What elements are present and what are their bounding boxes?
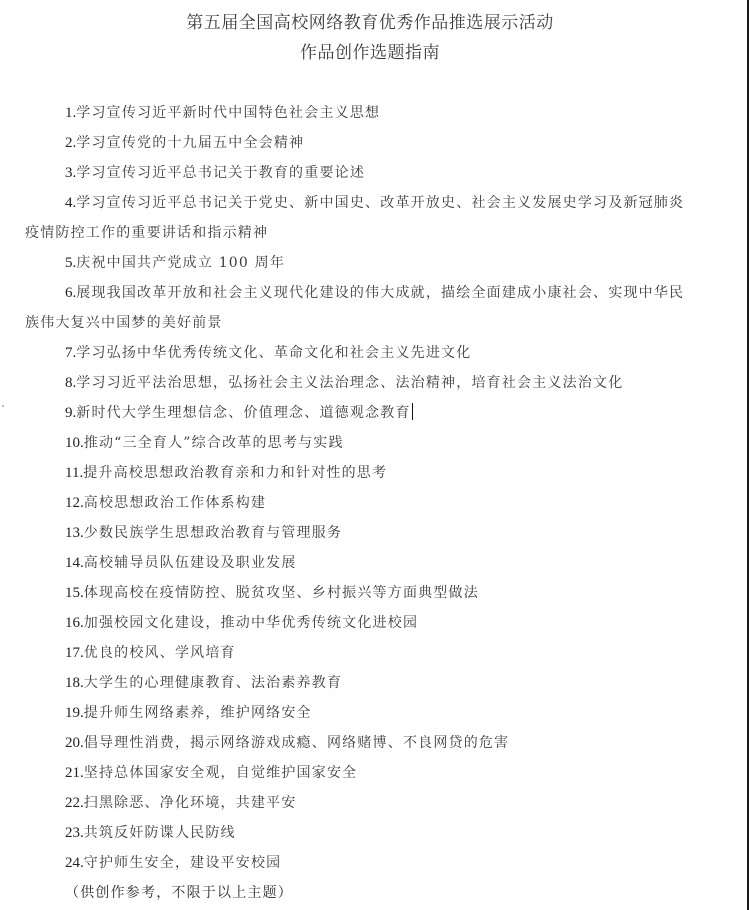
list-item: 1.学习宣传习近平新时代中国特色社会主义思想 — [0, 98, 740, 128]
item-number: 21. — [65, 765, 84, 781]
item-text: 学习弘扬中华优秀传统文化、革命文化和社会主义先进文化 — [76, 345, 471, 361]
list-item: 17.优良的校风、学风培育 — [0, 638, 740, 668]
list-item: 16.加强校园文化建设，推动中华优秀传统文化进校园 — [0, 608, 740, 638]
item-text: 庆祝中国共产党成立 100 周年 — [76, 255, 285, 271]
item-text: 高校辅导员队伍建设及职业发展 — [84, 555, 297, 571]
item-number: 8. — [65, 375, 76, 391]
item-text: 坚持总体国家安全观，自觉维护国家安全 — [84, 765, 358, 781]
item-text: 守护师生安全，建设平安校园 — [84, 855, 282, 871]
item-number: 9. — [65, 405, 76, 421]
list-item: 13.少数民族学生思想政治教育与管理服务 — [0, 518, 740, 548]
item-number: 12. — [65, 495, 84, 511]
item-text: 学习宣传习近平总书记关于教育的重要论述 — [76, 165, 365, 181]
list-item: 22.扫黑除恶、净化环境，共建平安 — [0, 788, 740, 818]
list-item: 19.提升师生网络素养，维护网络安全 — [0, 698, 740, 728]
item-number: 13. — [65, 525, 84, 541]
item-text: 提升高校思想政治教育亲和力和针对性的思考 — [83, 465, 387, 481]
item-number: 3. — [65, 165, 76, 181]
list-item: 23.共筑反奸防谍人民防线 — [0, 818, 740, 848]
item-number: 4. — [65, 195, 76, 211]
item-number: 6. — [65, 285, 76, 301]
item-text: 倡导理性消费，揭示网络游戏成瘾、网络赌博、不良网贷的危害 — [84, 735, 510, 751]
item-text: 大学生的心理健康教育、法治素养教育 — [84, 675, 342, 691]
item-text-continuation: 疫情防控工作的重要讲话和指示精神 — [25, 218, 720, 248]
list-item: 20.倡导理性消费，揭示网络游戏成瘾、网络赌博、不良网贷的危害 — [0, 728, 740, 758]
item-number: 24. — [65, 855, 84, 871]
list-item: 11.提升高校思想政治教育亲和力和针对性的思考 — [0, 458, 740, 488]
document-subtitle: 作品创作选题指南 — [0, 38, 740, 63]
item-number: 15. — [65, 585, 84, 601]
list-item: 2.学习宣传党的十九届五中全会精神 — [0, 128, 740, 158]
list-item: 3.学习宣传习近平总书记关于教育的重要论述 — [0, 158, 740, 188]
item-number: 16. — [65, 615, 84, 631]
list-item: 24.守护师生安全，建设平安校园 — [0, 848, 740, 878]
item-number: 2. — [65, 135, 76, 151]
document-title: 第五届全国高校网络教育优秀作品推选展示活动 — [0, 8, 740, 33]
list-item: 15.体现高校在疫情防控、脱贫攻坚、乡村振兴等方面典型做法 — [0, 578, 740, 608]
item-text-continuation: 族伟大复兴中国梦的美好前景 — [25, 308, 720, 338]
item-number: 23. — [65, 825, 84, 841]
item-text: 优良的校风、学风培育 — [84, 645, 236, 661]
list-item: 12.高校思想政治工作体系构建 — [0, 488, 740, 518]
item-text: 学习习近平法治思想，弘扬社会主义法治理念、法治精神，培育社会主义法治文化 — [76, 375, 623, 391]
reference-note: （供创作参考，不限于以上主题） — [0, 878, 740, 908]
list-item: 6.展现我国改革开放和社会主义现代化建设的伟大成就，描绘全面建成小康社会、实现中… — [0, 278, 740, 338]
item-text: 学习宣传习近平新时代中国特色社会主义思想 — [76, 105, 380, 121]
document-page: 第五届全国高校网络教育优秀作品推选展示活动 作品创作选题指南 1.学习宣传习近平… — [0, 0, 748, 910]
item-text: 加强校园文化建设，推动中华优秀传统文化进校园 — [84, 615, 418, 631]
list-item: 21.坚持总体国家安全观，自觉维护国家安全 — [0, 758, 740, 788]
list-item: 4.学习宣传习近平总书记关于党史、新中国史、改革开放史、社会主义发展史学习及新冠… — [0, 188, 740, 248]
item-text: 少数民族学生思想政治教育与管理服务 — [84, 525, 342, 541]
item-number: 5. — [65, 255, 76, 271]
item-text: 学习宣传习近平总书记关于党史、新中国史、改革开放史、社会主义发展史学习及新冠肺炎 — [76, 195, 684, 211]
list-item: 14.高校辅导员队伍建设及职业发展 — [0, 548, 740, 578]
list-item: 8.学习习近平法治思想，弘扬社会主义法治理念、法治精神，培育社会主义法治文化 — [0, 368, 740, 398]
item-text: 提升师生网络素养，维护网络安全 — [84, 705, 312, 721]
item-text: 新时代大学生理想信念、价值理念、道德观念教育 — [76, 405, 410, 421]
item-number: 1. — [65, 105, 76, 121]
item-number: 14. — [65, 555, 84, 571]
list-item: 5.庆祝中国共产党成立 100 周年 — [0, 248, 740, 278]
item-text: 体现高校在疫情防控、脱贫攻坚、乡村振兴等方面典型做法 — [84, 585, 479, 601]
list-item: 7.学习弘扬中华优秀传统文化、革命文化和社会主义先进文化 — [0, 338, 740, 368]
item-number: 22. — [65, 795, 84, 811]
item-text: 共筑反奸防谍人民防线 — [84, 825, 236, 841]
item-number: 7. — [65, 345, 76, 361]
item-text: 学习宣传党的十九届五中全会精神 — [76, 135, 304, 151]
item-text: 推动“三全育人”综合改革的思考与实践 — [84, 435, 344, 451]
list-item: 18.大学生的心理健康教育、法治素养教育 — [0, 668, 740, 698]
item-number: 19. — [65, 705, 84, 721]
item-text: 展现我国改革开放和社会主义现代化建设的伟大成就，描绘全面建成小康社会、实现中华民 — [76, 285, 684, 301]
list-item: 9.新时代大学生理想信念、价值理念、道德观念教育 — [0, 398, 740, 428]
text-cursor — [412, 403, 413, 420]
item-number: 17. — [65, 645, 84, 661]
page-edge-border — [747, 0, 749, 910]
item-number: 10. — [65, 435, 84, 451]
item-text: 高校思想政治工作体系构建 — [84, 495, 266, 511]
topic-list: 1.学习宣传习近平新时代中国特色社会主义思想 2.学习宣传党的十九届五中全会精神… — [0, 98, 740, 908]
item-number: 18. — [65, 675, 84, 691]
item-number: 20. — [65, 735, 84, 751]
item-text: 扫黑除恶、净化环境，共建平安 — [84, 795, 297, 811]
item-number: 11. — [65, 465, 83, 481]
list-item: 10.推动“三全育人”综合改革的思考与实践 — [0, 428, 740, 458]
